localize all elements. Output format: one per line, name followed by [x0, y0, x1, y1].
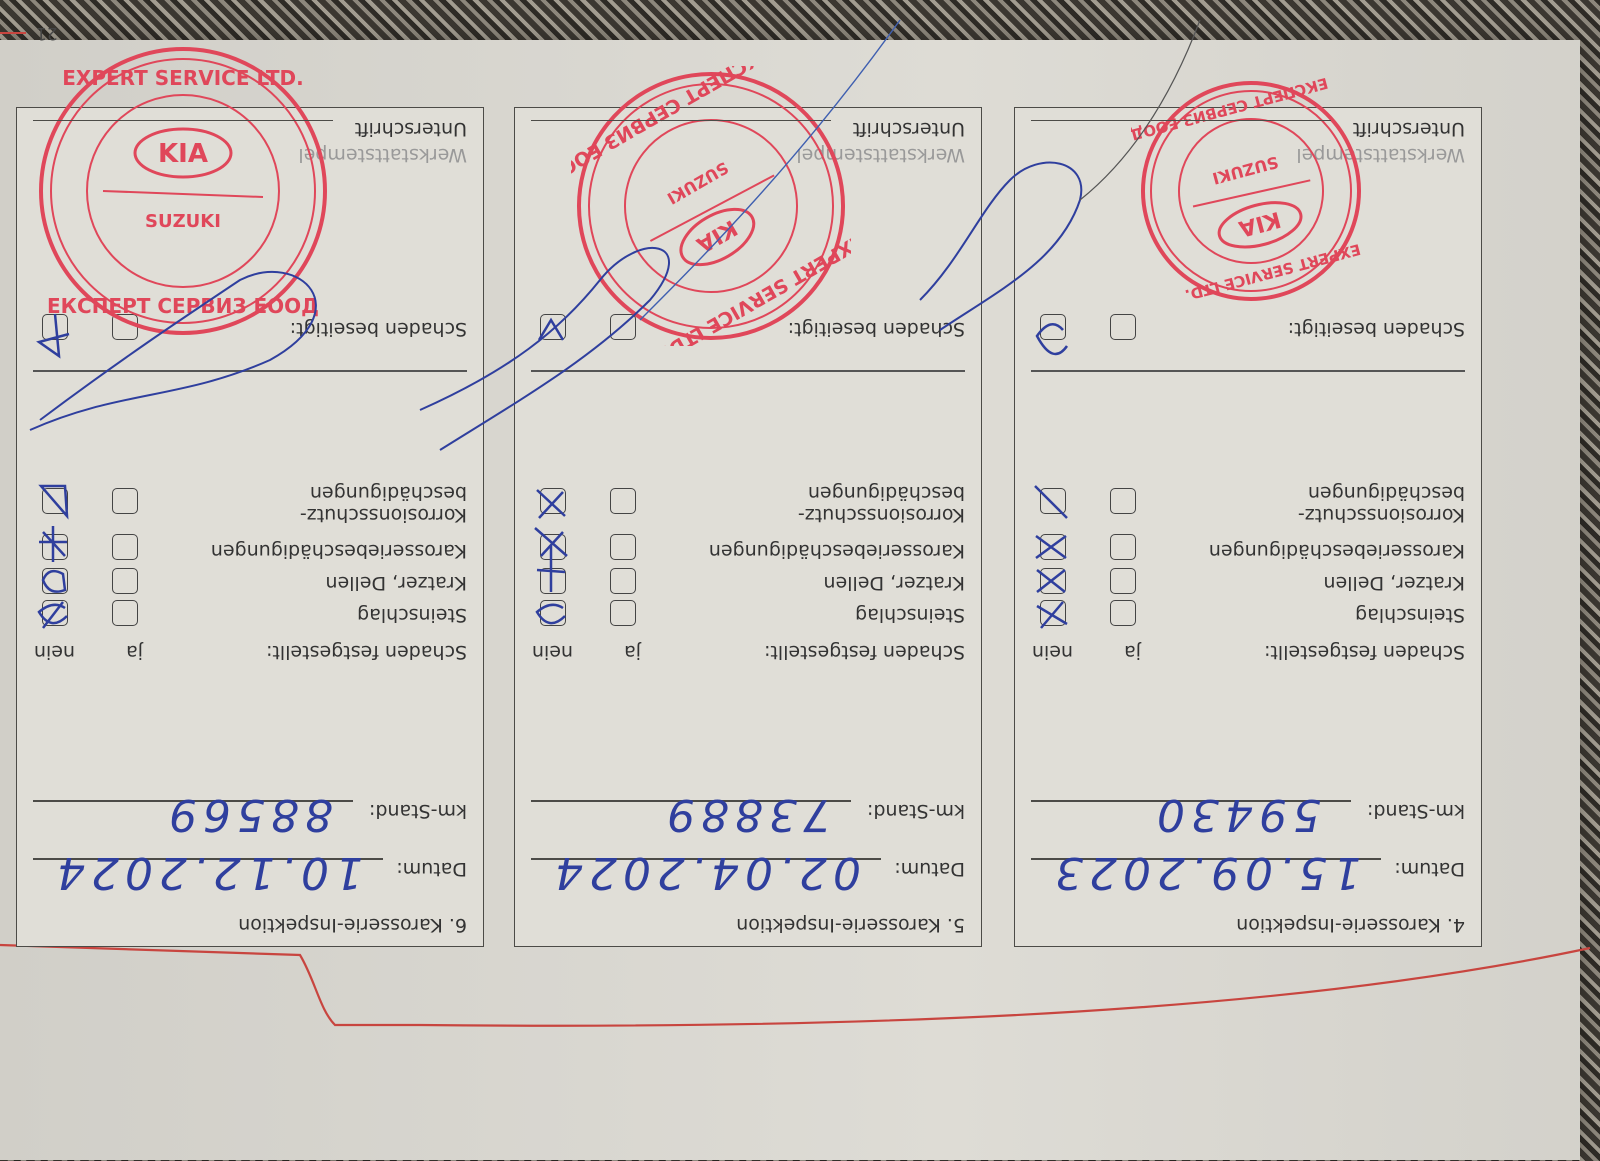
photo-background: 4. Karosserie-Inspektion Datum: 15.09.20… [0, 0, 1600, 1161]
page-number-tick [0, 32, 26, 34]
handwritten-signatures [0, 0, 1600, 1160]
booklet-page: 4. Karosserie-Inspektion Datum: 15.09.20… [0, 0, 1600, 1160]
page-number: 21 [36, 23, 58, 43]
